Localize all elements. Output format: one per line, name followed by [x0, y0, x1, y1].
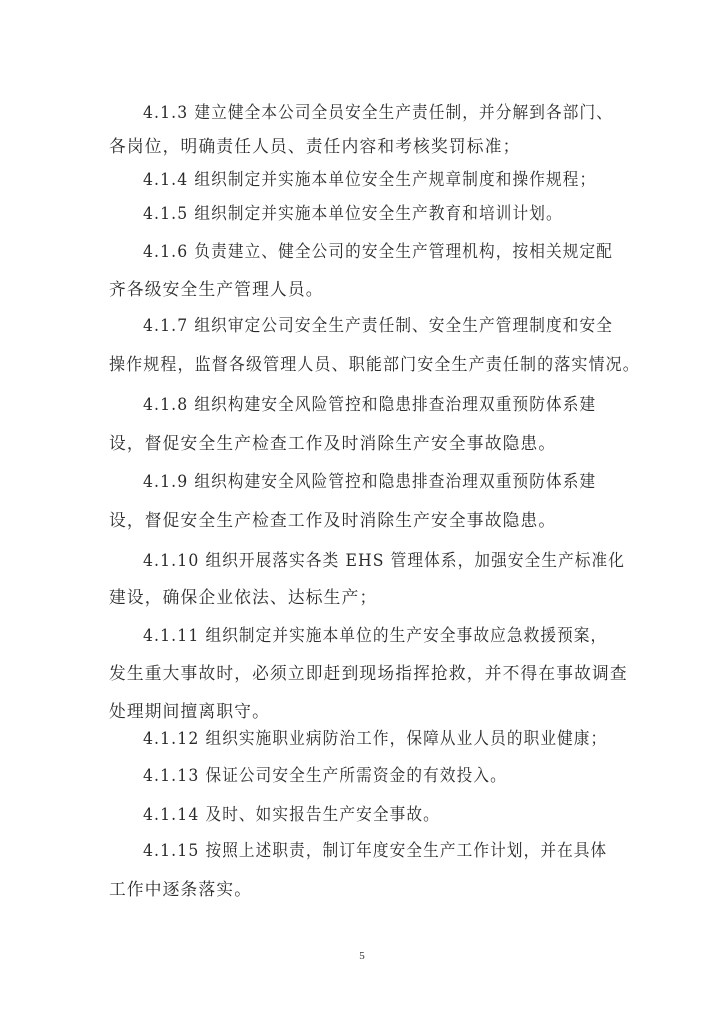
paragraph-first-line: 4.1.14 及时、如实报告生产安全事故。 — [143, 805, 640, 825]
paragraph-first-line: 4.1.6 负责建立、健全公司的安全生产管理机构，按相关规定配 — [143, 242, 640, 262]
paragraph-first-line: 4.1.3 建立健全本公司全员安全生产责任制，并分解到各部门、 — [143, 103, 640, 123]
paragraph-first-line: 4.1.10 组织开展落实各类 EHS 管理体系，加强安全生产标准化 — [143, 551, 640, 571]
paragraph-first-line: 4.1.8 组织构建安全风险管控和隐患排查治理双重预防体系建 — [143, 395, 640, 415]
page-number: 5 — [0, 950, 724, 962]
paragraph-continuation-line: 发生重大事故时，必须立即赶到现场指挥抢救，并不得在事故调查 — [109, 664, 640, 684]
paragraph-first-line: 4.1.4 组织制定并实施本单位安全生产规章制度和操作规程； — [143, 170, 640, 190]
paragraph-first-line: 4.1.9 组织构建安全风险管控和隐患排查治理双重预防体系建 — [143, 472, 640, 492]
paragraph-first-line: 4.1.12 组织实施职业病防治工作，保障从业人员的职业健康； — [143, 729, 640, 749]
paragraph-continuation-line: 建设，确保企业依法、达标生产； — [109, 588, 640, 608]
paragraph-continuation-line: 操作规程，监督各级管理人员、职能部门安全生产责任制的落实情况。 — [109, 355, 617, 375]
paragraph-continuation-line: 工作中逐条落实。 — [109, 880, 640, 900]
document-page: 4.1.3 建立健全本公司全员安全生产责任制，并分解到各部门、各岗位，明确责任人… — [0, 0, 724, 1024]
paragraph-continuation-line: 齐各级安全生产管理人员。 — [109, 280, 640, 300]
paragraph-first-line: 4.1.11 组织制定并实施本单位的生产安全事故应急救援预案， — [143, 626, 640, 646]
paragraph-continuation-line: 处理期间擅离职守。 — [109, 702, 640, 722]
paragraph-continuation-line: 设，督促安全生产检查工作及时消除生产安全事故隐患。 — [109, 511, 640, 531]
paragraph-continuation-line: 设，督促安全生产检查工作及时消除生产安全事故隐患。 — [109, 434, 640, 454]
paragraph-first-line: 4.1.7 组织审定公司安全生产责任制、安全生产管理制度和安全 — [143, 316, 640, 336]
paragraph-continuation-line: 各岗位，明确责任人员、责任内容和考核奖罚标准； — [109, 137, 640, 157]
paragraph-first-line: 4.1.15 按照上述职责，制订年度安全生产工作计划，并在具体 — [143, 841, 640, 861]
paragraph-first-line: 4.1.5 组织制定并实施本单位安全生产教育和培训计划。 — [143, 204, 640, 224]
paragraph-first-line: 4.1.13 保证公司安全生产所需资金的有效投入。 — [143, 766, 640, 786]
